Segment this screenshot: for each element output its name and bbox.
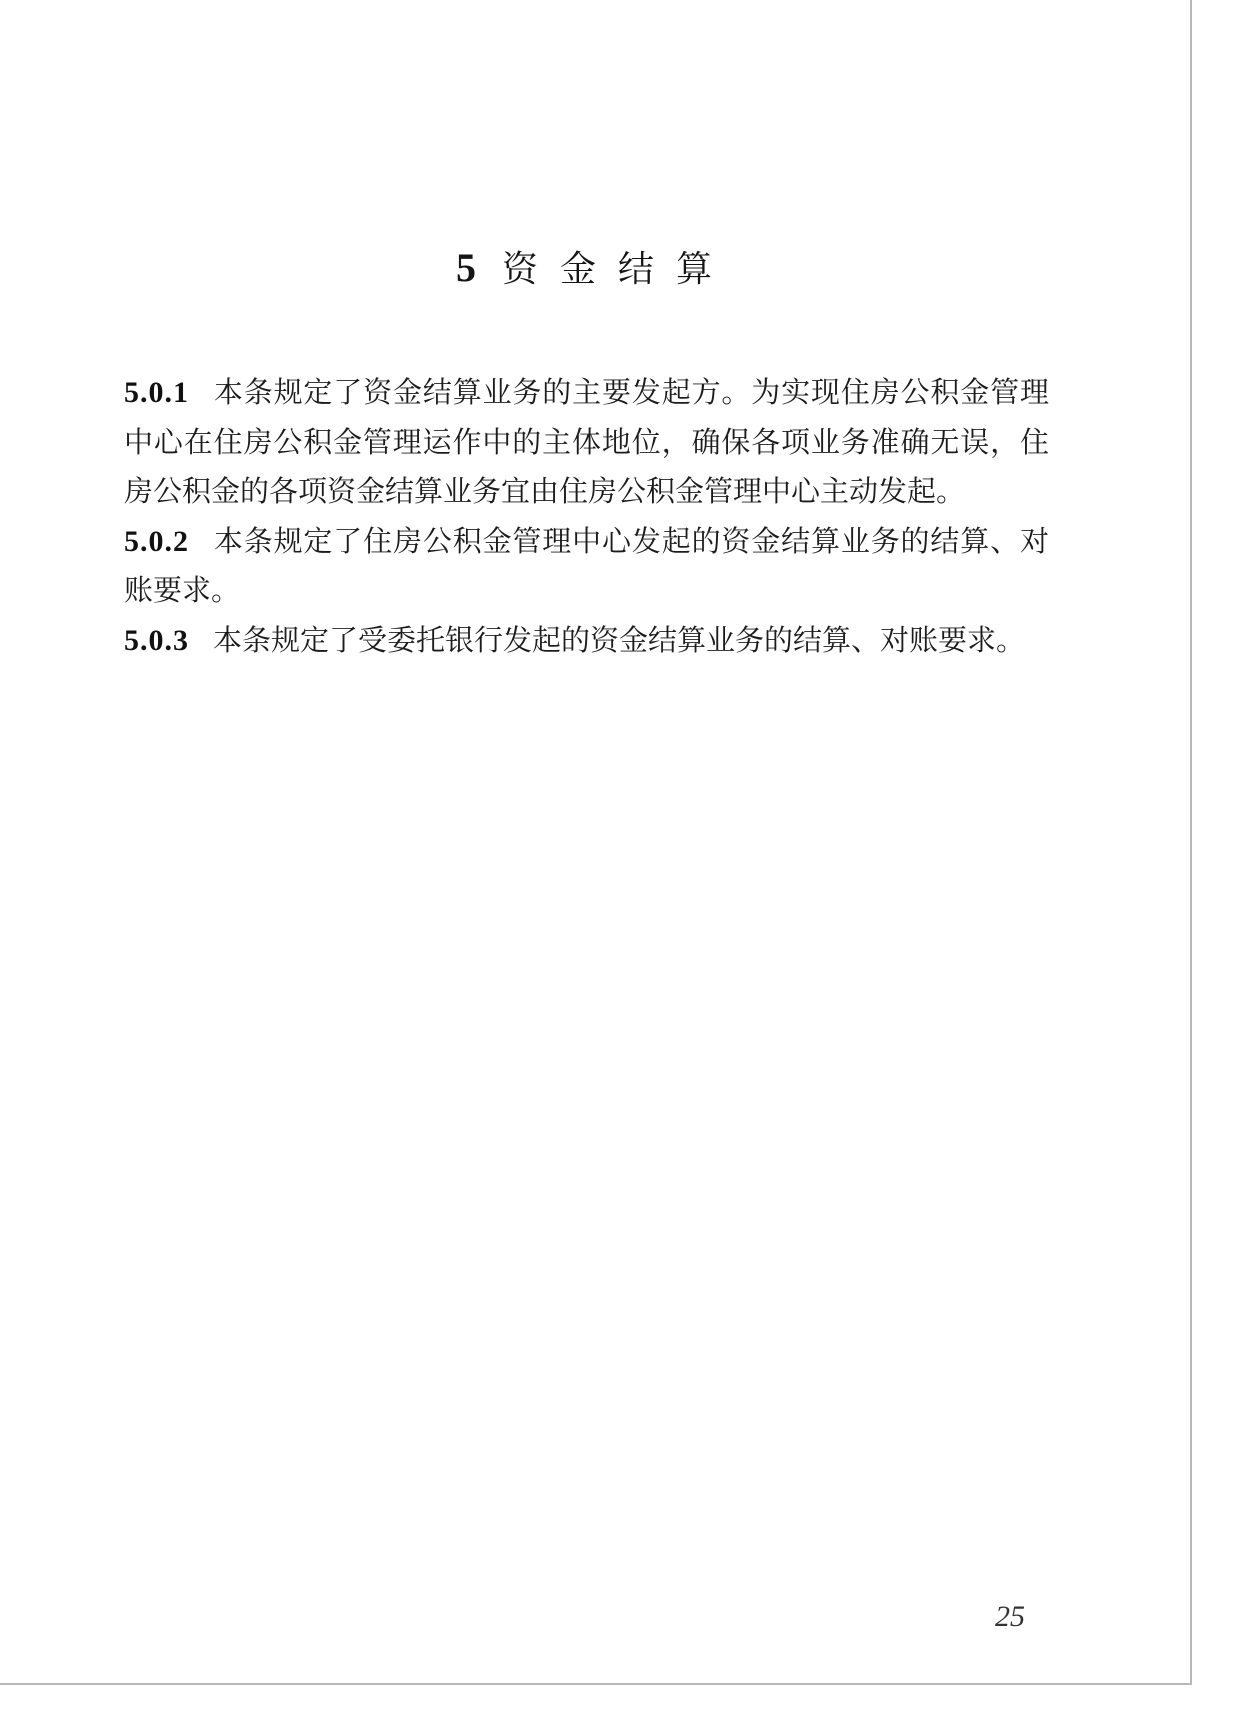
clause-5-0-2: 5.0.2本条规定了住房公积金管理中心发起的资金结算业务的结算、对账要求。 (124, 517, 1049, 616)
clause-list: 5.0.1本条规定了资金结算业务的主要发起方。为实现住房公积金管理中心在住房公积… (124, 368, 1049, 665)
clause-number: 5.0.1 (124, 376, 189, 409)
chapter-number: 5 (456, 245, 476, 290)
clause-5-0-3: 5.0.3本条规定了受委托银行发起的资金结算业务的结算、对账要求。 (124, 616, 1049, 666)
chapter-heading: 5资金结算 (0, 244, 1190, 294)
clause-text: 本条规定了受委托银行发起的资金结算业务的结算、对账要求。 (213, 623, 1025, 657)
clause-text: 本条规定了住房公积金管理中心发起的资金结算业务的结算、对账要求。 (124, 524, 1049, 608)
page-number: 25 (980, 1600, 1040, 1634)
chapter-title: 资金结算 (502, 249, 734, 290)
clause-text: 本条规定了资金结算业务的主要发起方。为实现住房公积金管理中心在住房公积金管理运作… (124, 375, 1049, 508)
document-page: 5资金结算 5.0.1本条规定了资金结算业务的主要发起方。为实现住房公积金管理中… (0, 0, 1192, 1685)
clause-5-0-1: 5.0.1本条规定了资金结算业务的主要发起方。为实现住房公积金管理中心在住房公积… (124, 368, 1049, 517)
clause-number: 5.0.3 (124, 624, 189, 657)
clause-number: 5.0.2 (124, 525, 189, 558)
